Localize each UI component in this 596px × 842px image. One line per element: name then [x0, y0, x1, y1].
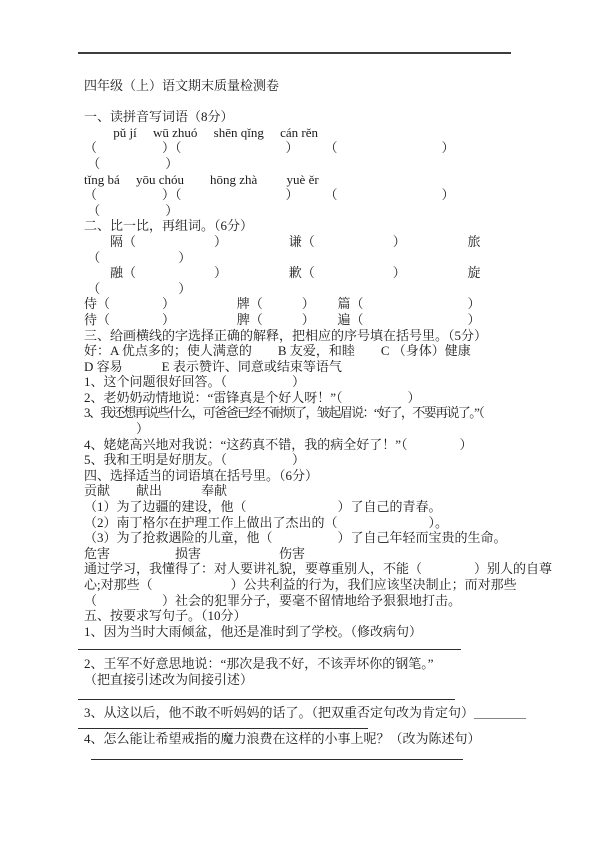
section-5-sentences: 五、按要求写句子。（10分） 1、因为当时大雨倾盆，他还是准时到了学校。（修改病… [84, 608, 517, 760]
s2-compare-row-3: 侍（ ） 牌（ ） 篇（ ） [84, 296, 517, 312]
s2-compare-row-2: 融（ ） 歉（ ） 旋 [84, 265, 517, 281]
s5-question-2-line-2: （把直接引述改为间接引述） [84, 672, 517, 688]
exam-paper-page: 四年级（上）语文期末质量检测卷 一、读拼音写词语（8分） pǔ jí wū zh… [0, 0, 596, 842]
s4-paragraph-line-2: 心;对那些（ ）公共利益的行为，我们应该坚决制止；而对那些 [84, 577, 517, 593]
s5-question-3: 3、从这以后，他不敢不听妈妈的话了。（把双重否定句改为肯定句）＿＿＿＿ [84, 705, 517, 721]
s4-item-1: （1）为了边疆的建设，他（ ）了自己的青春。 [84, 499, 517, 515]
s3-option-row-2: D 容易 E 表示赞许、同意或结束等语气 [84, 359, 517, 375]
section-4-fill-words: 四、选择适当的词语填在括号里。（6分） 贡献 献出 奉献 （1）为了边疆的建设，… [84, 468, 517, 608]
s5-heading: 五、按要求写句子。（10分） [84, 608, 517, 624]
s3-item-4: 4、姥姥高兴地对我说：“这药真不错，我的病全好了！”（ ） [84, 437, 517, 453]
s5-question-2-line-1: 2、王军不好意思地说：“那次是我不好，不该弄坏你的钢笔。” [84, 656, 517, 672]
s3-item-3-line-2: ） [84, 421, 517, 437]
s1-answer-brackets-2a: （ ）（ ） （ ） [84, 187, 517, 203]
s4-paragraph-line-1: 通过学习，我懂得了：对人要讲礼貌，要尊重别人，不能（ ）别人的自尊 [84, 561, 517, 577]
s1-answer-brackets-1a: （ ）（ ） （ ） [84, 140, 517, 156]
s4-word-bank-1: 贡献 献出 奉献 [84, 483, 517, 499]
s5-answer-line-2 [78, 699, 455, 700]
s3-item-1: 1、这个问题很好回答。（ ） [84, 374, 517, 390]
s5-question-1: 1、因为当时大雨倾盆，他还是准时到了学校。（修改病句） [84, 624, 517, 640]
s4-item-2: （2）南丁格尔在护理工作上做出了杰出的（ ）。 [84, 515, 517, 531]
s4-item-3: （3）为了抢救遇险的儿童，他（ ）了自己年轻而宝贵的生命。 [84, 530, 517, 546]
s1-pinyin-row-1: pǔ jí wū zhuó shēn qǐng cán rěn [84, 125, 517, 141]
s3-item-3-line-1: 3、我还想再说些什么，可爸爸已经不耐烦了，皱起眉说：“好了，不要再说了。”（ [84, 405, 517, 421]
s3-item-5: 5、我和王明是好朋友。（ ） [84, 452, 517, 468]
header-rule [78, 52, 511, 54]
s5-answer-line-3 [78, 728, 368, 729]
s5-answer-line-1 [78, 649, 461, 650]
s3-item-2: 2、老奶奶动情地说：“雷锋真是个好人呀！”（ ） [84, 390, 517, 406]
s5-question-4: 4、怎么能让希望戒指的魔力浪费在这样的小事上呢？（改为陈述句） [84, 731, 517, 747]
section-1-pinyin: 一、读拼音写词语（8分） pǔ jí wū zhuó shēn qǐng cán… [84, 109, 517, 218]
s2-compare-row-1b: （ ） [84, 250, 517, 266]
s2-compare-row-4: 待（ ） 脾（ ） 遍（ ） [84, 312, 517, 328]
s1-answer-brackets-1b: （ ） [84, 156, 517, 172]
page-content: 四年级（上）语文期末质量检测卷 一、读拼音写词语（8分） pǔ jí wū zh… [84, 52, 517, 760]
section-2-word-compare: 二、比一比，再组词。（6分） 隔（ ） 谦（ ） 旅 （ ） 融（ ） 歉（ ）… [84, 218, 517, 327]
s3-option-row-1: 好：A 优点多的；使人满意的 B 友爱，和睦 C （身体）健康 [84, 343, 517, 359]
s2-compare-row-1: 隔（ ） 谦（ ） 旅 [84, 234, 517, 250]
s2-heading: 二、比一比，再组词。（6分） [84, 218, 517, 234]
s2-compare-row-2b: （ ） [84, 281, 517, 297]
s1-answer-brackets-2b: （ ） [84, 203, 517, 219]
section-3-word-meaning: 三、给画横线的字选择正确的解释，把相应的序号填在括号里。（5分） 好：A 优点多… [84, 328, 517, 468]
s1-pinyin-row-2: tǐng bá yōu chóu hōng zhà yuè ěr [84, 172, 517, 188]
s4-heading: 四、选择适当的词语填在括号里。（6分） [84, 468, 517, 484]
s4-word-bank-2: 危害 损害 伤害 [84, 546, 517, 562]
doc-title: 四年级（上）语文期末质量检测卷 [84, 78, 517, 94]
s5-answer-line-4 [91, 759, 463, 760]
s1-heading: 一、读拼音写词语（8分） [84, 109, 517, 125]
s4-paragraph-line-3: （ ）社会的犯罪分子，要毫不留情地给予狠狠地打击。 [84, 593, 517, 609]
s3-heading: 三、给画横线的字选择正确的解释，把相应的序号填在括号里。（5分） [84, 328, 517, 344]
